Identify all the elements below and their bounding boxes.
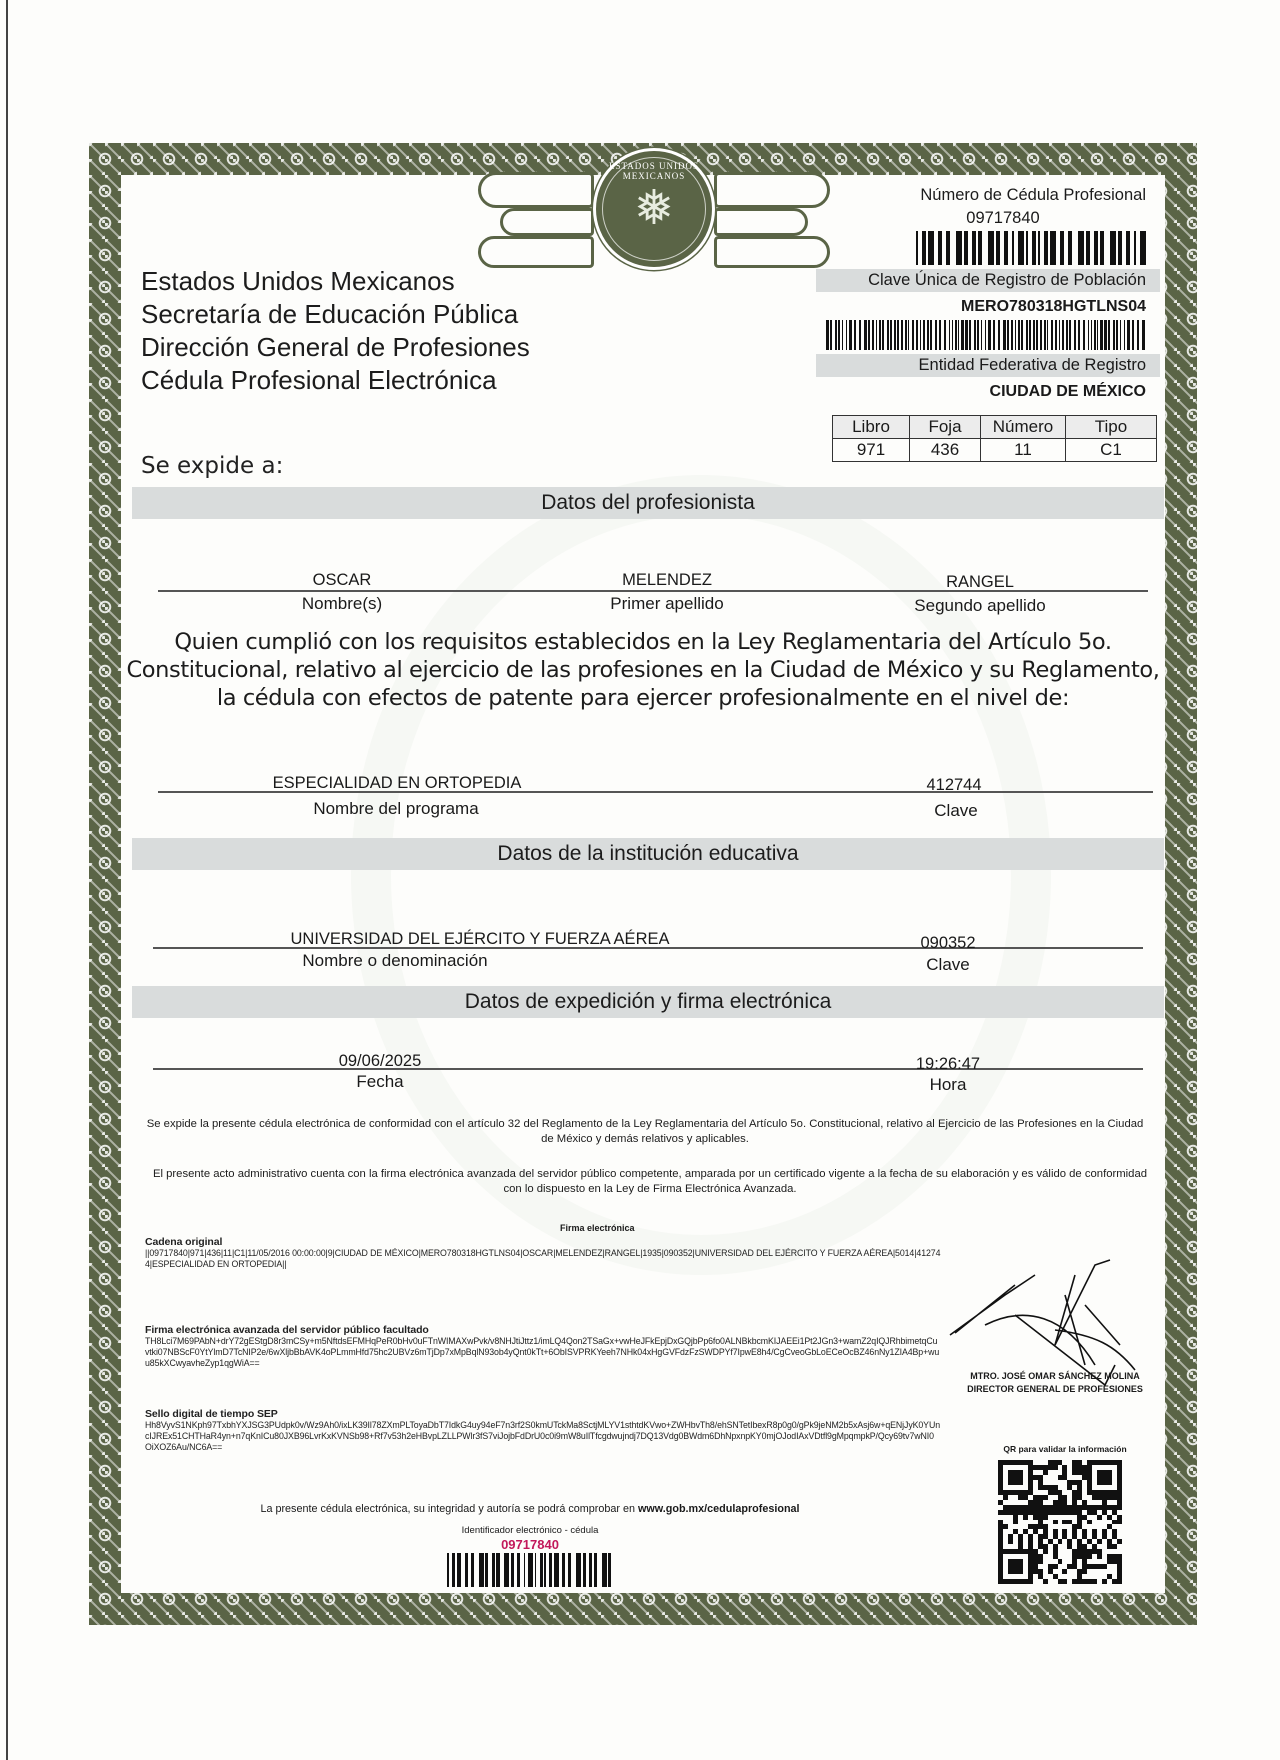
programa-clave-label: Clave xyxy=(934,801,977,821)
cadena-original-block: Cadena original ||09717840|971|436|11|C1… xyxy=(145,1237,945,1270)
td-libro: 971 xyxy=(833,439,910,462)
header-line-ministry: Secretaría de Educación Pública xyxy=(141,298,530,331)
section-institucion: Datos de la institución educativa xyxy=(132,838,1164,870)
nombre-value: OSCAR xyxy=(313,571,372,590)
director-signature-block: MTRO. JOSÉ OMAR SÁNCHEZ MOLINA DIRECTOR … xyxy=(950,1370,1160,1396)
th-numero: Número xyxy=(981,416,1066,439)
segundo-apellido-label: Segundo apellido xyxy=(914,596,1045,616)
director-name: MTRO. JOSÉ OMAR SÁNCHEZ MOLINA xyxy=(950,1370,1160,1383)
programa-value: ESPECIALIDAD EN ORTOPEDIA xyxy=(273,774,522,793)
curp-barcode xyxy=(816,320,1146,350)
verification-text: La presente cédula electrónica, su integ… xyxy=(260,1503,638,1515)
entidad-value: CIUDAD DE MÉXICO xyxy=(816,383,1160,401)
firma-avanzada-label: Firma electrónica avanzada del servidor … xyxy=(145,1325,940,1336)
programa-label: Nombre del programa xyxy=(313,799,478,819)
emblem-text: ESTADOS UNIDOS MEXICANOS xyxy=(596,161,712,181)
header-line-document: Cédula Profesional Electrónica xyxy=(141,364,530,397)
validation-qr-code[interactable] xyxy=(998,1460,1122,1584)
ident-number: 09717840 xyxy=(380,1537,680,1552)
ident-label: Identificador electrónico - cédula xyxy=(380,1525,680,1536)
th-foja: Foja xyxy=(910,416,981,439)
verification-link[interactable]: www.gob.mx/cedulaprofesional xyxy=(638,1503,800,1515)
scan-edge xyxy=(6,0,8,1760)
header-line-directorate: Dirección General de Profesiones xyxy=(141,331,530,364)
issuer-header: Estados Unidos Mexicanos Secretaría de E… xyxy=(141,265,530,397)
section-profesionista: Datos del profesionista xyxy=(132,487,1164,519)
hora-value: 19:26:47 xyxy=(916,1055,980,1074)
cadena-original-label: Cadena original xyxy=(145,1237,945,1248)
legal-paragraph-1: Se expide la presente cédula electrónica… xyxy=(140,1117,1150,1147)
cedula-label: Número de Cédula Profesional xyxy=(816,186,1160,205)
firma-avanzada-block: Firma electrónica avanzada del servidor … xyxy=(145,1325,940,1369)
entidad-label: Entidad Federativa de Registro xyxy=(816,354,1160,377)
td-foja: 436 xyxy=(910,439,981,462)
td-tipo: C1 xyxy=(1066,439,1157,462)
institucion-label: Nombre o denominación xyxy=(302,951,487,971)
fecha-value: 09/06/2025 xyxy=(339,1052,422,1071)
fecha-label: Fecha xyxy=(356,1072,403,1092)
legal-paragraph-2: El presente acto administrativo cuenta c… xyxy=(150,1167,1150,1197)
institucion-clave-label: Clave xyxy=(926,955,969,975)
sello-digital-block: Sello digital de tiempo SEP Hh8VyvS1NKph… xyxy=(145,1409,940,1453)
cadena-original-value: ||09717840|971|436|11|C1|11/05/2016 00:0… xyxy=(145,1248,940,1269)
sello-digital-value: Hh8VyvS1NKph97TxbhYXJSG3PUdpk0v/Wz9Ah0/i… xyxy=(145,1420,940,1452)
verification-note: La presente cédula electrónica, su integ… xyxy=(120,1503,940,1515)
primer-apellido-value: MELENDEZ xyxy=(622,571,712,590)
se-expide-label: Se expide a: xyxy=(141,453,283,479)
curp-value: MERO780318HGTLNS04 xyxy=(816,298,1160,316)
qr-label: QR para validar la información xyxy=(975,1444,1155,1454)
national-emblem: ESTADOS UNIDOS MEXICANOS ❅ xyxy=(593,148,715,270)
hora-label: Hora xyxy=(930,1075,967,1095)
firma-avanzada-value: TH8Lci7M69PAbN+drY72gEStgD8r3mCSy+m5Nftd… xyxy=(145,1336,939,1368)
sello-digital-label: Sello digital de tiempo SEP xyxy=(145,1409,940,1420)
header-line-country: Estados Unidos Mexicanos xyxy=(141,265,530,298)
segundo-apellido-value: RANGEL xyxy=(946,573,1014,592)
registration-box: Número de Cédula Profesional 09717840 Cl… xyxy=(816,186,1160,401)
section-expedicion: Datos de expedición y firma electrónica xyxy=(132,986,1164,1018)
curp-label: Clave Única de Registro de Población xyxy=(816,269,1160,292)
institucion-clave-value: 090352 xyxy=(920,934,975,953)
registry-table: Libro Foja Número Tipo 971 436 11 C1 xyxy=(832,415,1157,462)
director-title: DIRECTOR GENERAL DE PROFESIONES xyxy=(950,1383,1160,1396)
th-libro: Libro xyxy=(833,416,910,439)
firma-electronica-title: Firma electrónica xyxy=(560,1223,635,1233)
declaration-text: Quien cumplió con los requisitos estable… xyxy=(121,628,1165,712)
programa-clave-value: 412744 xyxy=(926,776,981,795)
cedula-barcode xyxy=(816,231,1146,265)
cedula-number: 09717840 xyxy=(816,209,1160,228)
nombre-label: Nombre(s) xyxy=(302,594,382,614)
ident-barcode xyxy=(447,1553,611,1587)
primer-apellido-label: Primer apellido xyxy=(610,594,723,614)
th-tipo: Tipo xyxy=(1066,416,1157,439)
td-numero: 11 xyxy=(981,439,1066,462)
institucion-value: UNIVERSIDAD DEL EJÉRCITO Y FUERZA AÉREA xyxy=(291,930,670,949)
